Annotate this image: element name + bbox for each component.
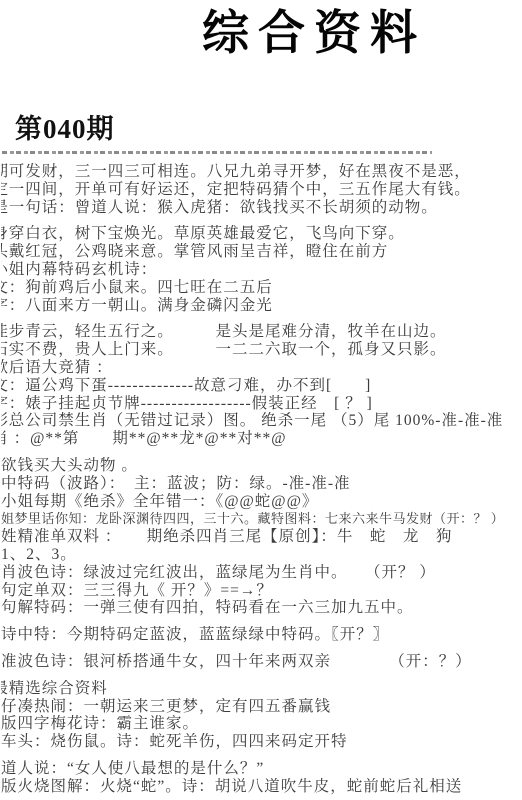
clipped-char: 文	[1, 377, 9, 395]
text-line: 版四字梅花诗：霸主谁家。	[1, 715, 522, 733]
text-line: 定一四间，开单可有好运还，定把特码猜个中，三五作尾大有钱。	[1, 181, 522, 199]
text-line: 是一句话：曾道人说：猴入虎猪：欲钱找买不长胡须的动物。	[1, 199, 522, 217]
text-line: 小姐内幕特码玄机诗：	[1, 261, 522, 279]
page-title: 综合资料	[0, 0, 522, 62]
clipped-char: 头	[1, 243, 9, 261]
clipped-char: 身	[1, 225, 9, 243]
clipped-char: 歇	[1, 359, 9, 377]
text-line: 句解特码：一弹三使有四拍，特码看在一六三加九五中。	[1, 599, 522, 617]
text-line: 彩总公司禁生肖（无错过记录）图。 绝杀一尾 （5）尾 100%-准-准-准	[1, 412, 522, 430]
clipped-char: 字	[1, 395, 9, 413]
text-line: 欲钱买大头动物 。	[1, 457, 522, 475]
text-line: 期可发财，三一四三可相连。八兄九弟寻开梦，好在黑夜不是恶，	[1, 163, 522, 181]
text-line: 字：婊子挂起贞节牌------------------假装正经 [ ？ ]	[1, 395, 522, 413]
text-line: 仔凑热闹：一朝运来三更梦，定有四五番赢钱	[1, 698, 522, 716]
text-line: 最精选综合资料	[1, 680, 522, 698]
clipped-char: 文	[1, 279, 9, 297]
dashed-separator	[2, 151, 432, 154]
clipped-char: 石	[1, 341, 9, 359]
text-line: 石实不费，贵人上门来。 一二二六取一个，孤身又只影。	[1, 341, 522, 359]
text-line: 文：狗前鸡后小鼠来。四七旺在二五后	[1, 279, 522, 297]
text-line: 车头：烧伤鼠。诗：蛇死羊伤，四四来码定开特	[1, 733, 522, 751]
text-line: 小姐每期《绝杀》全年错一：《@@蛇@@》	[1, 493, 522, 511]
clipped-char: 期	[1, 163, 9, 181]
text-line: 文：逼公鸡下蛋--------------故意刁难，办不到[ ]	[1, 377, 522, 395]
text-body: 期可发财，三一四三可相连。八兄九弟寻开梦，好在黑夜不是恶，定一四间，开单可有好运…	[0, 163, 522, 796]
clipped-char: 佳	[1, 323, 9, 341]
text-line: 佳步青云，轻生五行之。 是头是尾难分清，牧羊在山边。	[1, 323, 522, 341]
text-line: 歇后语大竞猜 ：	[1, 359, 522, 377]
clipped-char: 小	[1, 261, 9, 279]
text-line: 头戴红冠，公鸡晓来意。掌管风雨呈吉祥，瞪住在前方	[1, 243, 522, 261]
document-page: 综合资料 第040期 期可发财，三一四三可相连。八兄九弟寻开梦，好在黑夜不是恶，…	[0, 0, 522, 800]
text-line: 版火烧图解：火烧“蛇”。诗：胡说八道吹牛皮，蛇前蛇后礼相送	[1, 778, 522, 796]
clipped-char: 定	[1, 181, 9, 199]
text-line: 字：八面来方一朝山。满身金磷闪金光	[1, 297, 522, 315]
text-line: 姓精准单双料 ： 期绝杀四肖三尾【原创】：牛 蛇 龙 狗	[1, 528, 522, 546]
text-line: 道人说：“女人使八最想的是什么？”	[1, 760, 522, 778]
text-line: 肖波色诗：绿波过完红波出，蓝绿尾为生肖中。 （开？ ）	[1, 564, 522, 582]
text-line: 诗中特：今期特码定蓝波，蓝蓝绿绿中特码。〖开？〗	[1, 626, 522, 644]
clipped-char: 字	[1, 297, 9, 315]
clipped-char: 肖	[1, 430, 9, 448]
issue-number: 第040期	[15, 114, 522, 144]
text-line: 中特码（波路）： 主：蓝波；防：绿。-准-准-准	[1, 475, 522, 493]
text-line: 身穿白衣，树下宝焕光。草原英雄最爱它，飞鸟向下穿。	[1, 225, 522, 243]
text-line: 肖 ：@**第 期**@**龙*@**对**@	[1, 430, 522, 448]
text-line: 1、2、3。	[1, 546, 522, 564]
text-line: 准波色诗：银河桥搭通牛女，四十年来两双亲 （开：？）	[1, 653, 522, 671]
clipped-char: 彩	[1, 412, 9, 430]
clipped-char: 最	[1, 680, 9, 698]
clipped-char: 是	[1, 199, 9, 217]
text-line: 姐梦里话你知：龙卧深渊待四四，三十六。藏特图料：七来六来牛马发财（开：？ ）	[1, 510, 522, 528]
text-line: 句定单双：三三得九《 开？》==→？	[1, 582, 522, 600]
